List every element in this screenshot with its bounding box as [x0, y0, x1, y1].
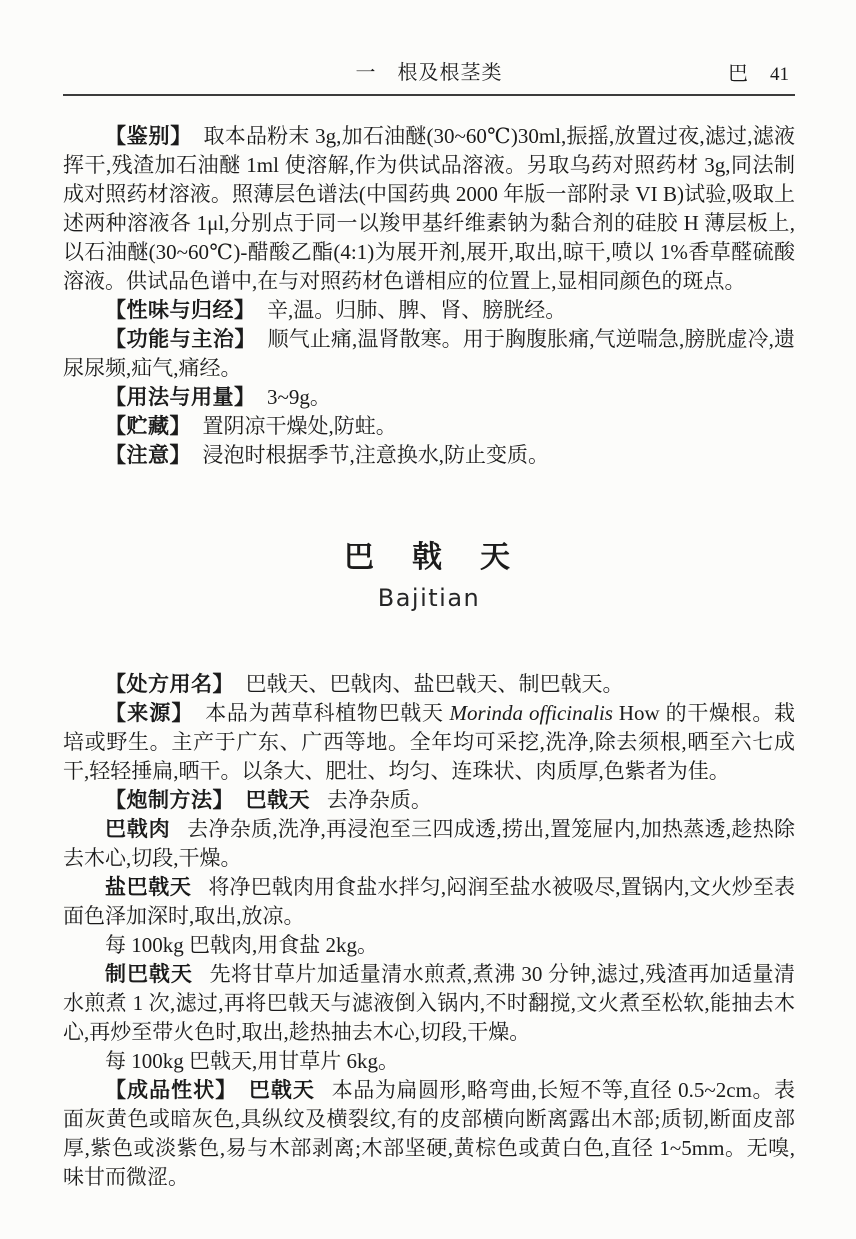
paragraph-bajirou: 巴戟肉去净杂质,洗净,再浸泡至三四成透,捞出,置笼屉内,加热蒸透,趁热除去木心,…: [63, 815, 795, 873]
section-label-processing-method: 【炮制方法】: [105, 789, 234, 812]
paragraph-functions-indications: 【功能与主治】顺气止痛,温肾散寒。用于胸腹胀痛,气逆喘急,膀胱虚冷,遗尿尿频,疝…: [63, 325, 795, 383]
section-label-taste-meridian: 【性味与归经】: [105, 299, 256, 322]
section-bajitian-monograph: 【处方用名】巴戟天、巴戟肉、盐巴戟天、制巴戟天。 【来源】本品为茜草科植物巴戟天…: [63, 670, 795, 1192]
running-head-page-info: 巴41: [728, 57, 789, 86]
paragraph-prescription-names: 【处方用名】巴戟天、巴戟肉、盐巴戟天、制巴戟天。: [63, 670, 795, 699]
paragraph-salt-ratio: 每 100kg 巴戟肉,用食盐 2kg。: [63, 931, 795, 960]
section-label-prescription-names: 【处方用名】: [105, 673, 234, 696]
paragraph-text: 去净杂质,洗净,再浸泡至三四成透,捞出,置笼屉内,加热蒸透,趁热除去木心,切段,…: [63, 817, 795, 870]
paragraph-source: 【来源】本品为茜草科植物巴戟天 Morinda officinalis How …: [63, 699, 795, 786]
product-subname: 盐巴戟天: [105, 876, 192, 899]
paragraph-text: 3~9g。: [267, 385, 331, 409]
monograph-title-block: 巴 戟 天 Bajitian: [63, 532, 795, 612]
product-subname: 巴戟肉: [105, 818, 170, 841]
section-label-storage: 【贮藏】: [105, 415, 191, 438]
monograph-title-chinese: 巴 戟 天: [63, 532, 795, 576]
section-label-caution: 【注意】: [105, 444, 191, 467]
paragraph-identification: 【鉴别】取本品粉末 3g,加石油醚(30~60℃)30ml,振摇,放置过夜,滤过…: [63, 122, 795, 296]
paragraph-taste-meridian: 【性味与归经】辛,温。归肺、脾、肾、膀胱经。: [63, 296, 795, 325]
running-head-page-number: 41: [770, 64, 789, 85]
paragraph-finished-product-properties: 【成品性状】巴戟天本品为扁圆形,略弯曲,长短不等,直径 0.5~2cm。表面灰黄…: [63, 1076, 795, 1192]
section-label-functions-indications: 【功能与主治】: [105, 328, 256, 351]
paragraph-licorice-ratio: 每 100kg 巴戟天,用甘草片 6kg。: [63, 1047, 795, 1076]
running-head-index-char: 巴: [728, 63, 748, 85]
product-subname: 巴戟天: [249, 1079, 315, 1102]
paragraph-caution: 【注意】浸泡时根据季节,注意换水,防止变质。: [63, 441, 795, 470]
section-label-source: 【来源】: [105, 702, 194, 725]
running-head-chapter: 一 根及根茎类: [63, 56, 795, 85]
paragraph-dosage: 【用法与用量】3~9g。: [63, 383, 795, 412]
paragraph-text: 取本品粉末 3g,加石油醚(30~60℃)30ml,振摇,放置过夜,滤过,滤液挥…: [63, 124, 795, 293]
paragraph-storage: 【贮藏】置阴凉干燥处,防蛀。: [63, 412, 795, 441]
paragraph-salt-bajitian: 盐巴戟天将净巴戟肉用食盐水拌匀,闷润至盐水被吸尽,置锅内,文火炒至表面色泽加深时…: [63, 873, 795, 931]
book-page: 一 根及根茎类 巴41 【鉴别】取本品粉末 3g,加石油醚(30~60℃)30m…: [0, 0, 856, 1239]
section-label-dosage: 【用法与用量】: [105, 386, 256, 409]
paragraph-text: 每 100kg 巴戟肉,用食盐 2kg。: [105, 933, 378, 957]
paragraph-text: 本品为茜草科植物巴戟天: [205, 701, 449, 725]
product-subname: 巴戟天: [246, 789, 311, 812]
monograph-title-pinyin: Bajitian: [63, 584, 795, 612]
paragraph-text: 去净杂质。: [327, 788, 432, 812]
product-subname: 制巴戟天: [105, 963, 193, 986]
paragraph-processed-bajitian: 制巴戟天先将甘草片加适量清水煎煮,煮沸 30 分钟,滤过,残渣再加适量清水煎煮 …: [63, 960, 795, 1047]
paragraph-processing-method: 【炮制方法】巴戟天去净杂质。: [63, 786, 795, 815]
header-rule: [63, 94, 795, 96]
section-label-finished-product-properties: 【成品性状】: [105, 1079, 237, 1102]
paragraph-text: 巴戟天、巴戟肉、盐巴戟天、制巴戟天。: [246, 672, 624, 696]
botanical-latin-name: Morinda officinalis: [450, 701, 613, 725]
running-head: 一 根及根茎类 巴41: [63, 56, 795, 88]
paragraph-text: 置阴凉干燥处,防蛀。: [203, 414, 397, 438]
section-label-identification: 【鉴别】: [105, 125, 192, 148]
paragraph-text: 每 100kg 巴戟天,用甘草片 6kg。: [105, 1049, 399, 1073]
section-previous-monograph: 【鉴别】取本品粉末 3g,加石油醚(30~60℃)30ml,振摇,放置过夜,滤过…: [63, 122, 795, 470]
paragraph-text: 浸泡时根据季节,注意换水,防止变质。: [203, 443, 550, 467]
paragraph-text: 辛,温。归肺、脾、肾、膀胱经。: [267, 298, 566, 322]
